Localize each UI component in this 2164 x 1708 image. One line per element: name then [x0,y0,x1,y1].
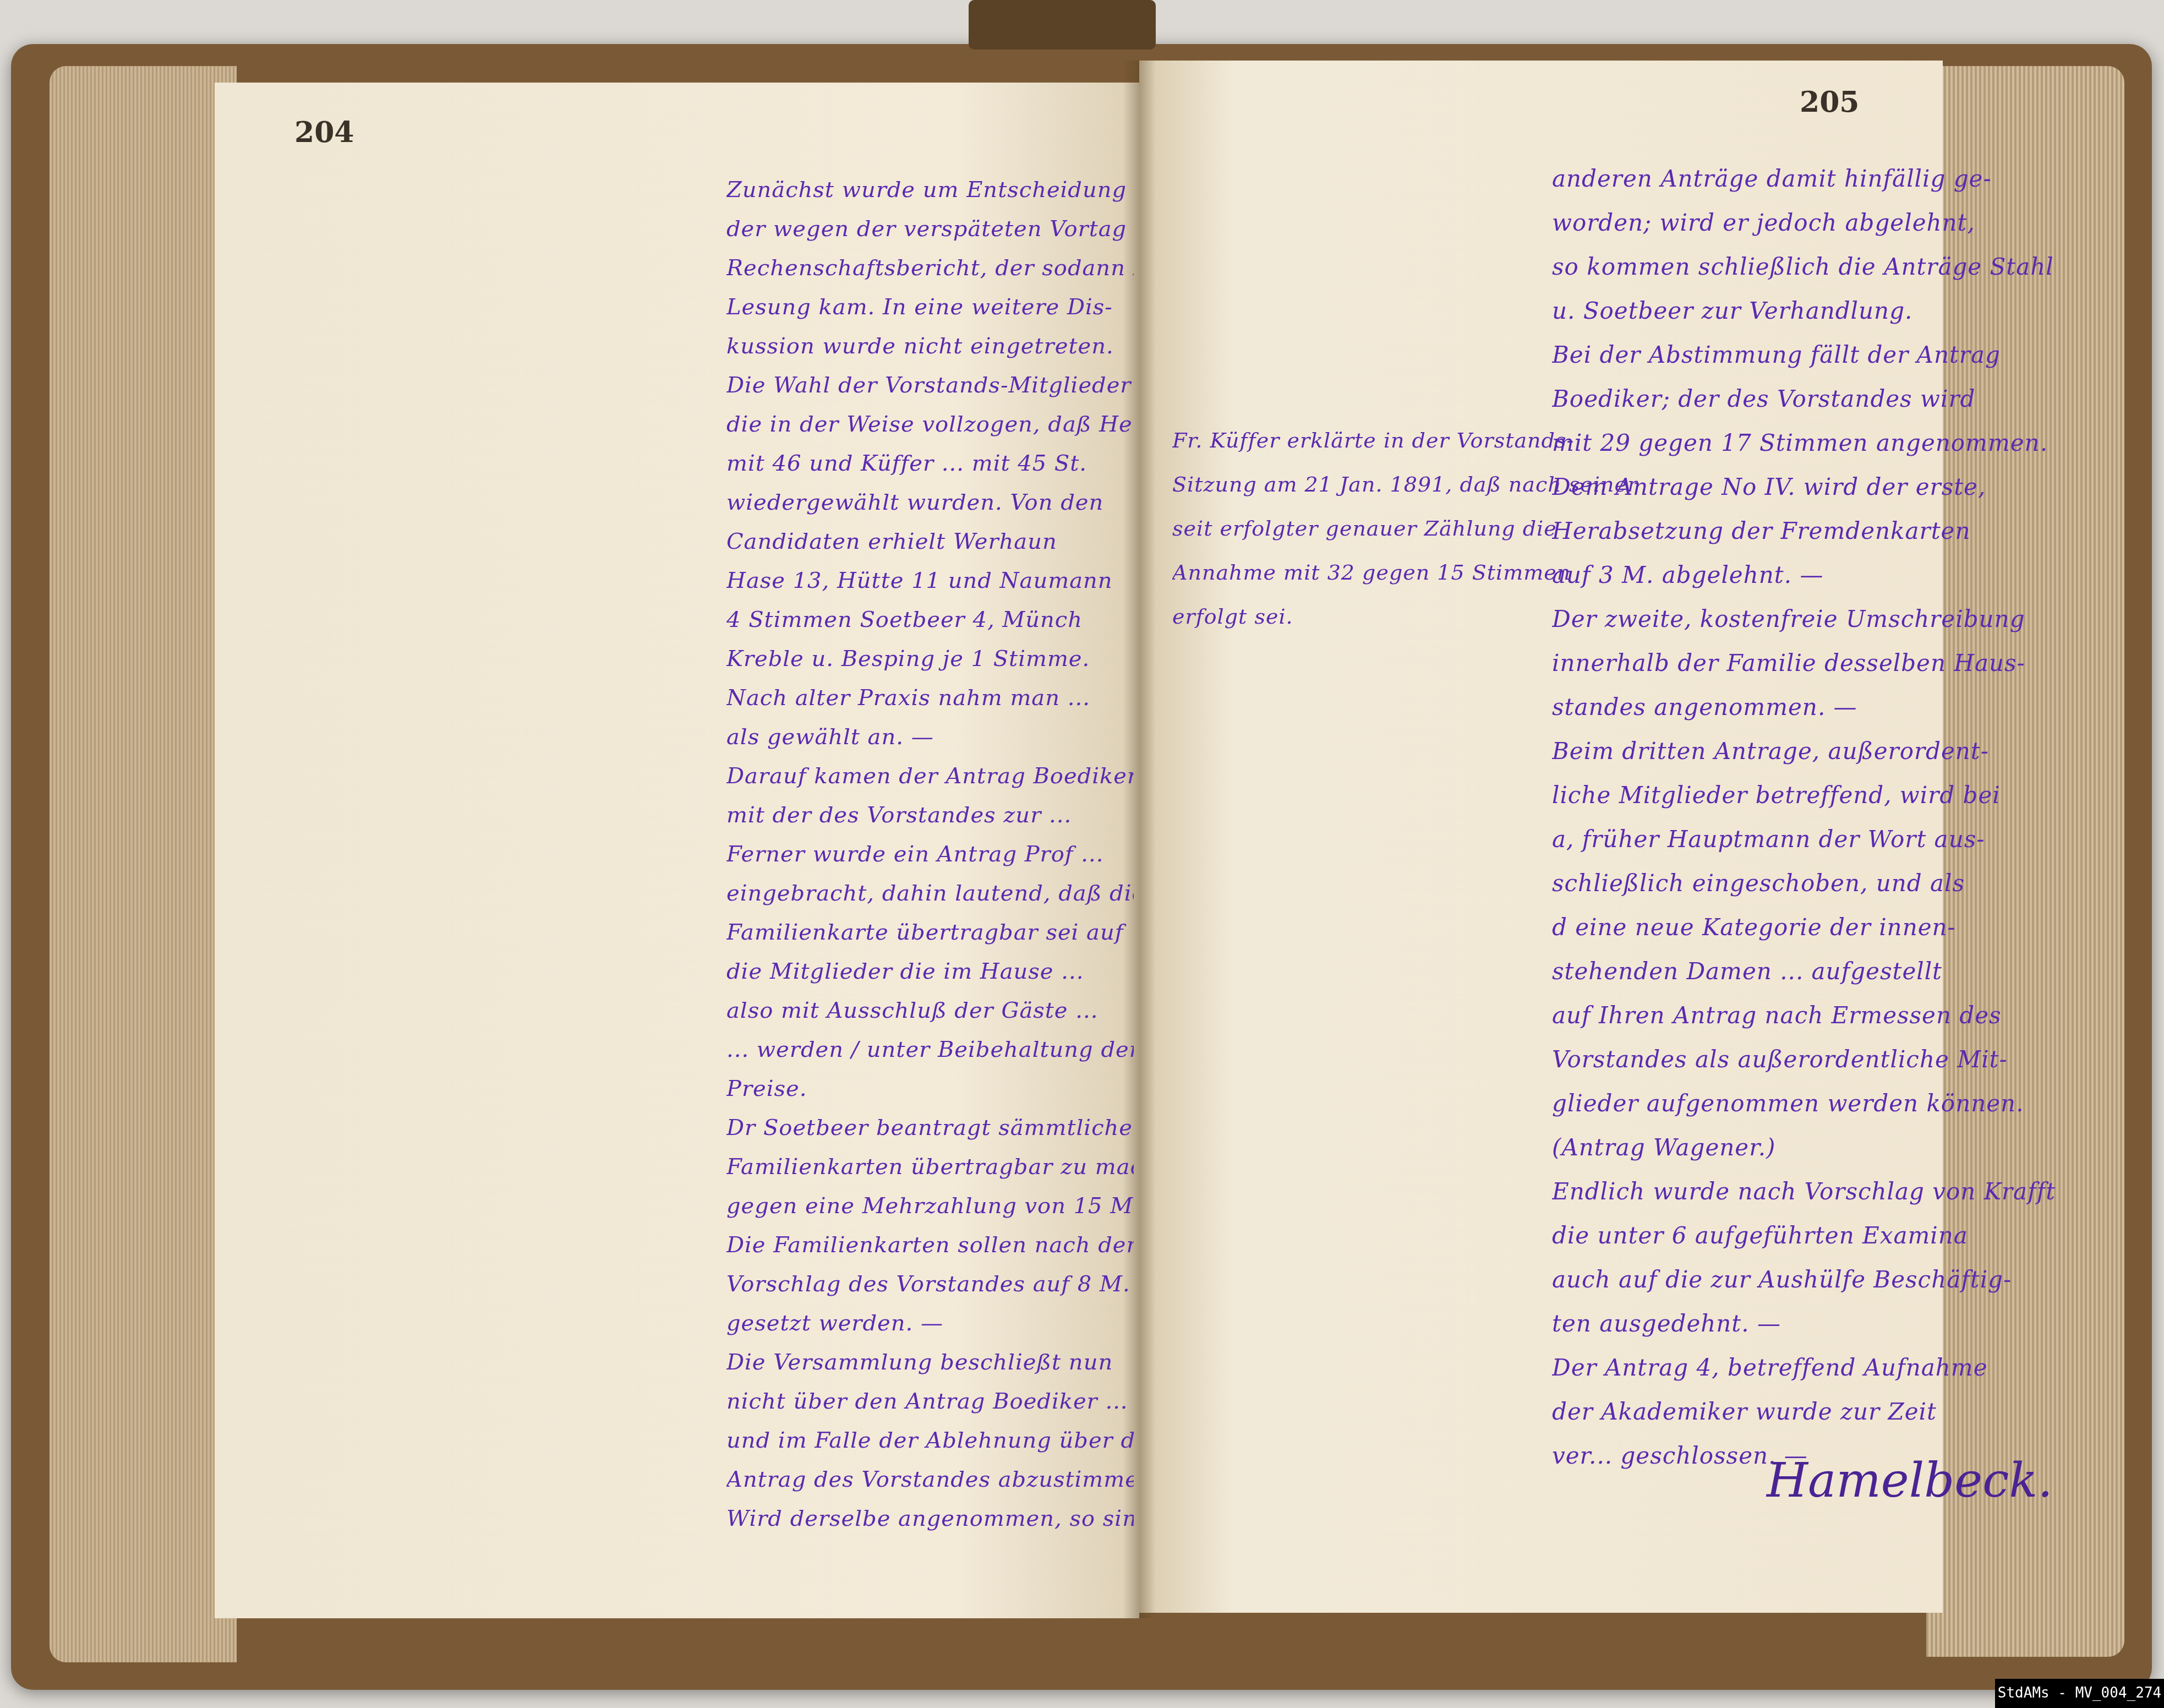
handwritten-line: Die Wahl der Vorstands-Mitglieder [726,366,1134,405]
handwritten-line: Die Versammlung beschließt nun [726,1343,1134,1382]
book-spine-top [969,0,1156,50]
handwritten-line: die Mitglieder die im Hause ... [726,952,1134,991]
handwritten-line: nicht über den Antrag Boediker ... [726,1382,1134,1421]
page-number-left: 204 [294,116,354,149]
handwritten-line: Wird derselbe angenommen, so sind die [726,1499,1134,1538]
handwritten-line: Boediker; der des Vorstandes wird [1552,377,2056,421]
handwritten-line: standes angenommen. — [1552,685,2056,729]
left-page-text: Zunächst wurde um Entscheidungder wegen … [726,171,1134,1538]
handwritten-line: mit 29 gegen 17 Stimmen angenommen. [1552,421,2056,465]
handwritten-line: eingebracht, dahin lautend, daß die [726,874,1134,913]
handwritten-line: Lesung kam. In eine weitere Dis- [726,288,1134,327]
handwritten-line: schließlich eingeschoben, und als [1552,861,2056,905]
handwritten-line: auf 3 M. abgelehnt. — [1552,553,2056,597]
handwritten-line: Preise. [726,1069,1134,1109]
handwritten-line: ten ausgedehnt. — [1552,1302,2056,1346]
right-page-text: anderen Anträge damit hinfällig ge-worde… [1552,157,2056,1478]
handwritten-line: Hase 13, Hütte 11 und Naumann [726,561,1134,601]
handwritten-line: Herabsetzung der Fremdenkarten [1552,509,2056,553]
handwritten-line: Kreble u. Besping je 1 Stimme. [726,640,1134,679]
handwritten-line: gesetzt werden. — [726,1304,1134,1343]
handwritten-line: Zunächst wurde um Entscheidung [726,171,1134,210]
handwritten-line: Der zweite, kostenfreie Umschreibung [1552,597,2056,641]
handwritten-line: Familienkarten übertragbar zu machen [726,1148,1134,1187]
handwritten-line: Rechenschaftsbericht, der sodann zur [726,249,1134,288]
handwritten-line: kussion wurde nicht eingetreten. [726,327,1134,366]
handwritten-line: anderen Anträge damit hinfällig ge- [1552,157,2056,201]
handwritten-line: Bei der Abstimmung fällt der Antrag [1552,333,2056,377]
handwritten-line: die unter 6 aufgeführten Examina [1552,1214,2056,1258]
handwritten-line: wiedergewählt wurden. Von den [726,483,1134,522]
handwritten-line: glieder aufgenommen werden können. [1552,1082,2056,1126]
handwritten-line: der Akademiker wurde zur Zeit [1552,1390,2056,1434]
handwritten-line: d eine neue Kategorie der innen- [1552,905,2056,950]
handwritten-line: Vorschlag des Vorstandes auf 8 M. [726,1265,1134,1304]
handwritten-line: Nach alter Praxis nahm man ... [726,679,1134,718]
handwritten-line: innerhalb der Familie desselben Haus- [1552,641,2056,685]
handwritten-line: Vorstandes als außerordentliche Mit- [1552,1038,2056,1082]
handwritten-line: gegen eine Mehrzahlung von 15 M. [726,1187,1134,1226]
handwritten-line: Die Familienkarten sollen nach dem [726,1226,1134,1265]
archive-label: StdAMs - MV_004_274 [1995,1679,2164,1708]
signature: Hamelbeck. [1767,1453,2053,1508]
handwritten-line: Antrag des Vorstandes abzustimmen. [726,1460,1134,1499]
handwritten-line: Candidaten erhielt Werhaun [726,522,1134,561]
handwritten-line: Ferner wurde ein Antrag Prof ... [726,835,1134,874]
page-number-right: 205 [1800,85,1860,119]
handwritten-line: als gewählt an. — [726,718,1134,757]
handwritten-line: liche Mitglieder betreffend, wird bei [1552,773,2056,817]
handwritten-line: Dr Soetbeer beantragt sämmtliche [726,1109,1134,1148]
handwritten-line: stehenden Damen ... aufgestellt [1552,950,2056,994]
handwritten-line: a, früher Hauptmann der Wort aus- [1552,817,2056,861]
handwritten-line: ... werden / unter Beibehaltung der alte… [726,1030,1134,1069]
handwritten-line: der wegen der verspäteten Vortag [726,210,1134,249]
handwritten-line: so kommen schließlich die Anträge Stahl [1552,245,2056,289]
handwritten-line: Der Antrag 4, betreffend Aufnahme [1552,1346,2056,1390]
handwritten-line: mit der des Vorstandes zur ... [726,796,1134,835]
handwritten-line: auch auf die zur Aushülfe Beschäftig- [1552,1258,2056,1302]
handwritten-line: mit 46 und Küffer ... mit 45 St. [726,444,1134,483]
handwritten-line: Darauf kamen der Antrag Boediker [726,757,1134,796]
handwritten-line: auf Ihren Antrag nach Ermessen des [1552,994,2056,1038]
handwritten-line: die in der Weise vollzogen, daß Herr [726,405,1134,444]
handwritten-line: (Antrag Wagener.) [1552,1126,2056,1170]
handwritten-line: worden; wird er jedoch abgelehnt, [1552,201,2056,245]
handwritten-line: Endlich wurde nach Vorschlag von Krafft [1552,1170,2056,1214]
handwritten-line: Beim dritten Antrage, außerordent- [1552,729,2056,773]
handwritten-line: 4 Stimmen Soetbeer 4, Münch [726,601,1134,640]
handwritten-line: und im Falle der Ablehnung über den [726,1421,1134,1460]
handwritten-line: u. Soetbeer zur Verhandlung. [1552,289,2056,333]
handwritten-line: Dem Antrage No IV. wird der erste, [1552,465,2056,509]
handwritten-line: Familienkarte übertragbar sei auf [726,913,1134,952]
page-edges-left [50,66,237,1662]
handwritten-line: also mit Ausschluß der Gäste ... [726,991,1134,1030]
